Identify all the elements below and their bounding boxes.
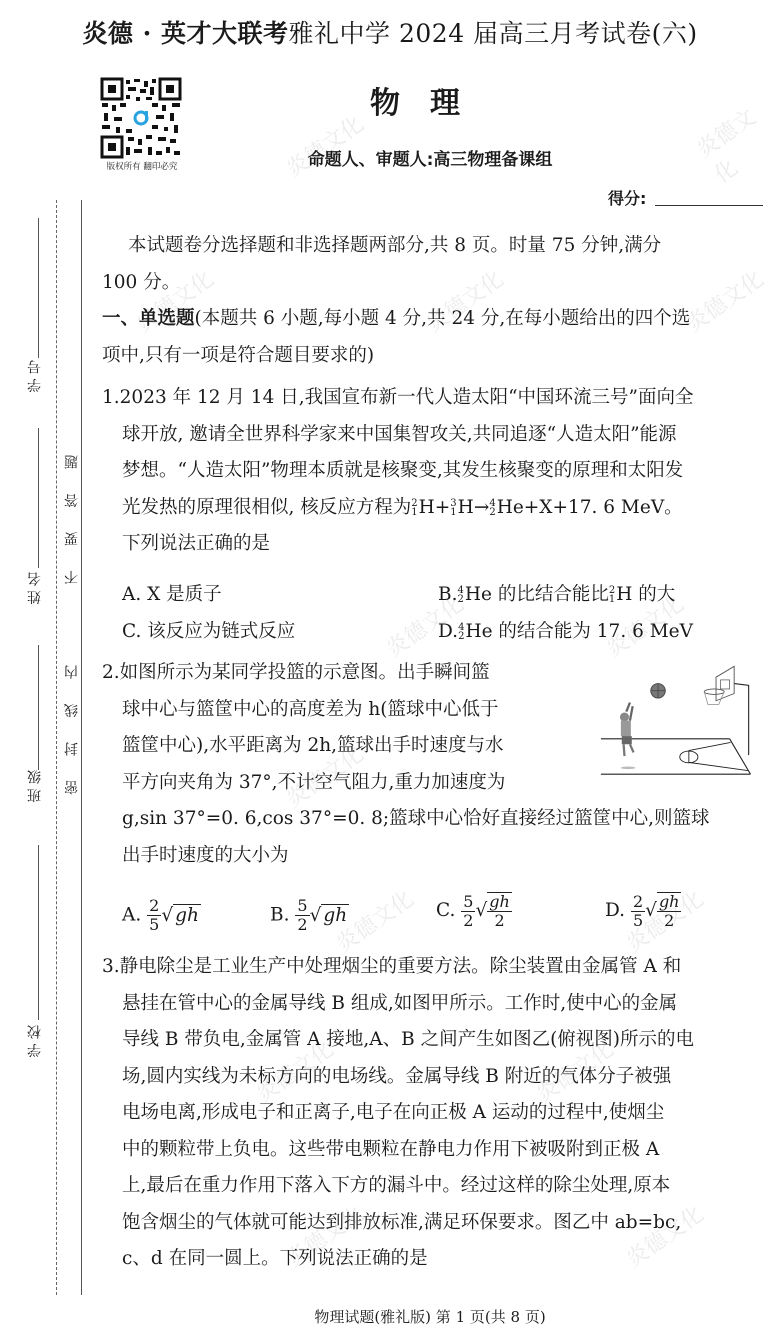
element-symbol: H — [458, 497, 474, 518]
seal-notice-bottom: 密 封 线 内 — [62, 655, 82, 794]
element-symbol: H — [419, 497, 435, 518]
arrow-icon: → — [474, 497, 490, 518]
option-b[interactable]: B.42He 的比结合能比21H 的大 — [438, 580, 675, 606]
question-1: 1.2023 年 12 月 14 日,我国宣布新一代人造太阳“中国环流三号”面向… — [102, 380, 766, 563]
school-label: 学 校 — [25, 1025, 45, 1057]
question-text: 梦想。“人造太阳”物理本质就是核聚变,其发生核聚变的原理和太阳发 — [102, 453, 766, 490]
option-label: B. — [438, 584, 457, 605]
plus-sign: + — [435, 497, 451, 518]
atomic-number: 1 — [450, 508, 456, 517]
option-a[interactable]: A. 25√gh — [122, 897, 201, 934]
intro-line: 100 分。 — [102, 265, 766, 302]
isotope-index: 21 — [609, 586, 615, 604]
denominator: 2 — [295, 916, 309, 934]
fraction: 25 — [631, 893, 645, 930]
sqrt-icon: √gh — [161, 905, 201, 926]
fraction: 52 — [461, 893, 475, 930]
intro-line: 本试题卷分选择题和非选择题两部分,共 8 页。时量 75 分钟,满分 — [102, 228, 766, 265]
numerator: 5 — [461, 893, 475, 912]
isotope-index: 21 — [411, 499, 417, 517]
authors-line: 命题人、审题人:高三物理备课组 — [0, 145, 780, 170]
option-c[interactable]: C. 该反应为链式反应 — [122, 617, 295, 643]
score-label: 得分: — [608, 186, 646, 209]
numerator: 2 — [147, 897, 161, 916]
question-prompt: 出手时速度的大小为 — [102, 838, 766, 875]
question-number: 3. — [102, 956, 120, 977]
radicand-numerator: gh — [487, 893, 512, 912]
question-text: 2023 年 12 月 14 日,我国宣布新一代人造太阳“中国环流三号”面向全 — [120, 387, 694, 408]
fraction: 25 — [147, 897, 161, 934]
radicand-denominator: 2 — [487, 912, 512, 930]
question-text: 场,圆内实线为未标方向的电场线。金属导线 B 附近的气体分子被强 — [102, 1059, 766, 1096]
question-number: 2. — [102, 662, 120, 683]
isotope-index: 42 — [458, 623, 464, 641]
question-text: 中的颗粒带上负电。这些带电颗粒在静电力作用下被吸附到正极 A — [102, 1132, 766, 1169]
isotope-index: 42 — [457, 586, 463, 604]
question-text: 如图所示为某同学投篮的示意图。出手瞬间篮 — [120, 662, 490, 683]
question-prompt: 下列说法正确的是 — [102, 526, 766, 563]
option-text: H 的大 — [616, 584, 675, 605]
section-desc-cont: 项中,只有一项是符合题目要求的) — [102, 338, 766, 375]
option-label: B. — [270, 905, 289, 926]
option-a[interactable]: A. X 是质子 — [122, 580, 222, 606]
section-title: 一、单选题 — [102, 308, 195, 329]
radicand: gh — [321, 904, 349, 926]
seal-notice-top: 不 要 答 题 — [62, 445, 82, 584]
equation-tail: +X+17. 6 MeV。 — [524, 497, 683, 518]
question-text: 饱含烟尘的气体就可能达到排放标准,满足环保要求。图乙中 ab=bc, — [102, 1205, 766, 1242]
question-text: 上,最后在重力作用下落入下方的漏斗中。经过这样的除尘处理,原本 — [102, 1168, 766, 1205]
section-heading: 一、单选题(本题共 6 小题,每小题 4 分,共 24 分,在每小题给出的四个选 — [102, 301, 766, 338]
question-text: 光发热的原理很相似, 核反应方程为 — [122, 497, 411, 518]
class-blank[interactable] — [38, 645, 39, 770]
subject-title: 物理 — [0, 78, 780, 122]
student-id-label: 学 号 — [25, 360, 45, 392]
radicand-denominator: 2 — [657, 912, 682, 930]
school-blank[interactable] — [38, 845, 39, 1020]
isotope-index: 31 — [450, 499, 456, 517]
page-footer: 物理试题(雅礼版) 第 1 页(共 8 页) — [0, 1306, 780, 1327]
exam-brand: 炎德 · 英才大联考 — [82, 19, 288, 48]
basketball-diagram — [585, 650, 780, 795]
question-text: 导线 B 带负电,金属管 A 接地,A、B 之间产生如图乙(俯视图)所示的电 — [102, 1022, 766, 1059]
section-desc: (本题共 6 小题,每小题 4 分,共 24 分,在每小题给出的四个选 — [195, 308, 691, 329]
numerator: 2 — [631, 893, 645, 912]
fraction: 52 — [295, 897, 309, 934]
student-id-blank[interactable] — [38, 218, 39, 358]
question-text: 静电除尘是工业生产中处理烟尘的重要方法。除尘装置由金属管 A 和 — [120, 956, 682, 977]
option-label: A. — [122, 905, 141, 926]
option-text: He 的比结合能比 — [465, 584, 609, 605]
element-symbol: He — [497, 497, 524, 518]
question-number: 1. — [102, 387, 120, 408]
option-label: D. — [438, 621, 458, 642]
sqrt-icon: √gh2 — [475, 892, 511, 930]
question-text-equation: 光发热的原理很相似, 核反应方程为21H+31H→42He+X+17. 6 Me… — [102, 490, 766, 527]
denominator: 5 — [147, 916, 161, 934]
denominator: 5 — [631, 912, 645, 930]
class-label: 班 级 — [25, 770, 45, 802]
option-b[interactable]: B. 52√gh — [270, 897, 349, 934]
question-text: 球开放, 邀请全世界科学家来中国集智攻关,共同追逐“人造太阳”能源 — [102, 417, 766, 454]
option-label: D. — [605, 900, 625, 921]
question-prompt: c、d 在同一圆上。下列说法正确的是 — [102, 1241, 766, 1278]
isotope-index: 42 — [489, 499, 495, 517]
sqrt-icon: √gh — [310, 905, 350, 926]
score-field[interactable] — [655, 205, 763, 206]
option-d[interactable]: D. 25√gh2 — [605, 892, 681, 930]
exam-name: 雅礼中学 2024 届高三月考试卷(六) — [289, 19, 698, 48]
question-text: 电场电离,形成电子和正离子,电子在向正极 A 运动的过程中,使烟尘 — [102, 1095, 766, 1132]
question-text: g,sin 37°=0. 6,cos 37°=0. 8;篮球中心恰好直接经过篮筐… — [102, 801, 766, 838]
intro: 本试题卷分选择题和非选择题两部分,共 8 页。时量 75 分钟,满分 100 分… — [102, 228, 766, 374]
sqrt-icon: √gh2 — [645, 892, 681, 930]
radicand-numerator: gh — [657, 893, 682, 912]
question-text: 悬挂在管中心的金属导线 B 组成,如图甲所示。工作时,使中心的金属 — [102, 986, 766, 1023]
option-d[interactable]: D.42He 的结合能为 17. 6 MeV — [438, 617, 693, 643]
atomic-number: 1 — [609, 595, 615, 604]
name-label: 姓 名 — [25, 572, 45, 604]
numerator: 5 — [295, 897, 309, 916]
atomic-number: 2 — [489, 508, 495, 517]
atomic-number: 2 — [458, 632, 464, 641]
option-c[interactable]: C. 52√gh2 — [436, 892, 512, 930]
denominator: 2 — [461, 912, 475, 930]
option-label: C. — [436, 900, 455, 921]
seal-dashed-line — [56, 200, 57, 1295]
radicand: gh — [173, 904, 201, 926]
atomic-number: 1 — [411, 508, 417, 517]
atomic-number: 2 — [457, 595, 463, 604]
name-blank[interactable] — [38, 428, 39, 568]
exam-title: 炎德 · 英才大联考雅礼中学 2024 届高三月考试卷(六) — [0, 14, 780, 50]
option-text: He 的结合能为 17. 6 MeV — [465, 621, 693, 642]
question-3: 3.静电除尘是工业生产中处理烟尘的重要方法。除尘装置由金属管 A 和 悬挂在管中… — [102, 949, 766, 1278]
